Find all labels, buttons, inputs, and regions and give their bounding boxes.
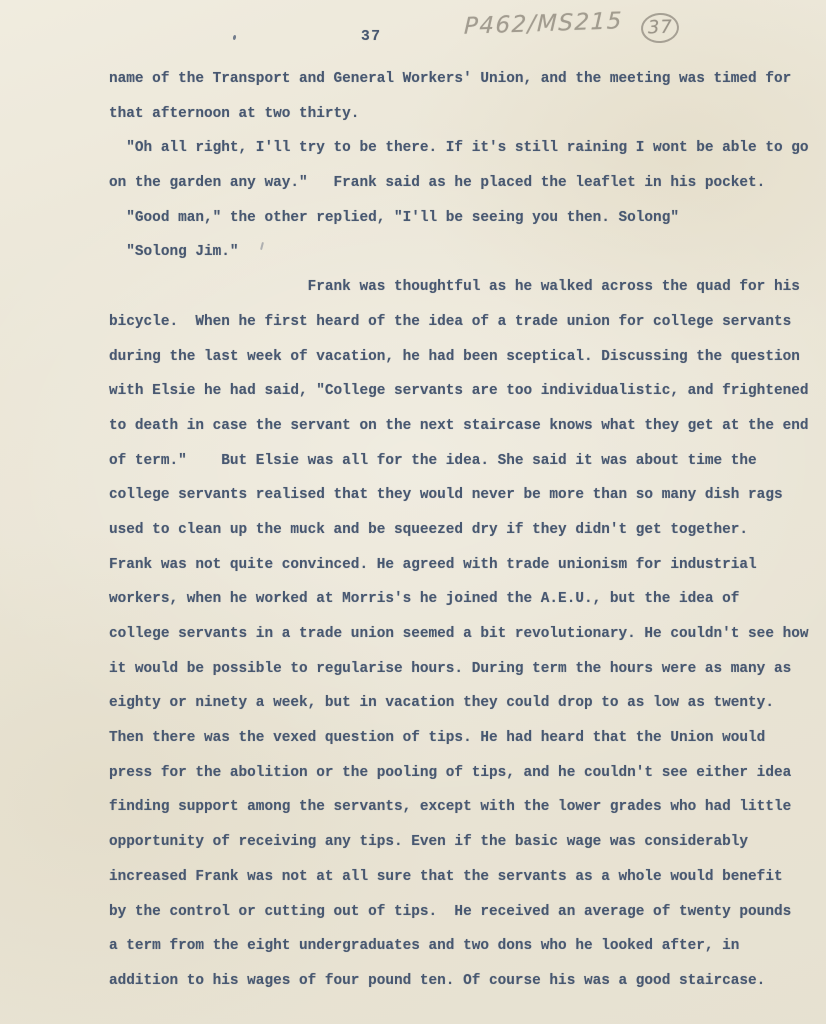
typed-line: college servants in a trade union seemed…: [109, 617, 823, 652]
ink-speck: [233, 35, 237, 41]
typed-line: "Oh all right, I'll try to be there. If …: [109, 131, 823, 166]
typed-line: eighty or ninety a week, but in vacation…: [109, 686, 823, 721]
typed-line: that afternoon at two thirty.: [109, 97, 823, 132]
circled-folio-number-text: 37: [647, 19, 673, 38]
typed-body-text: name of the Transport and General Worker…: [109, 62, 823, 999]
typed-line: bicycle. When he first heard of the idea…: [109, 305, 823, 340]
typed-line: a term from the eight undergraduates and…: [109, 929, 823, 964]
typed-line: with Elsie he had said, "College servant…: [109, 374, 823, 409]
manuscript-page: 37 P462/MS215 37 name of the Transport a…: [0, 0, 826, 1024]
typed-line: on the garden any way." Frank said as he…: [109, 166, 823, 201]
typed-line: "Solong Jim.": [109, 235, 823, 270]
typed-line: Frank was thoughtful as he walked across…: [109, 270, 823, 305]
typed-line: opportunity of receiving any tips. Even …: [109, 825, 823, 860]
typed-line: of term." But Elsie was all for the idea…: [109, 444, 823, 479]
typed-line: college servants realised that they woul…: [109, 478, 823, 513]
typed-line: "Good man," the other replied, "I'll be …: [109, 201, 823, 236]
typed-page-number: 37: [361, 29, 382, 45]
typed-line: workers, when he worked at Morris's he j…: [109, 582, 823, 617]
typed-line: it would be possible to regularise hours…: [109, 652, 823, 687]
archive-reference-annotation: P462/MS215: [464, 8, 624, 40]
typed-line: increased Frank was not at all sure that…: [109, 860, 823, 895]
typed-line: finding support among the servants, exce…: [109, 790, 823, 825]
circled-folio-number: 37: [640, 12, 680, 45]
typed-line: by the control or cutting out of tips. H…: [109, 895, 823, 930]
typed-line: used to clean up the muck and be squeeze…: [109, 513, 823, 548]
typed-line: name of the Transport and General Worker…: [109, 62, 823, 97]
typed-line: press for the abolition or the pooling o…: [109, 756, 823, 791]
typed-line: during the last week of vacation, he had…: [109, 340, 823, 375]
typed-line: Frank was not quite convinced. He agreed…: [109, 548, 823, 583]
typed-line: Then there was the vexed question of tip…: [109, 721, 823, 756]
typed-line: to death in case the servant on the next…: [109, 409, 823, 444]
typed-line: addition to his wages of four pound ten.…: [109, 964, 823, 999]
